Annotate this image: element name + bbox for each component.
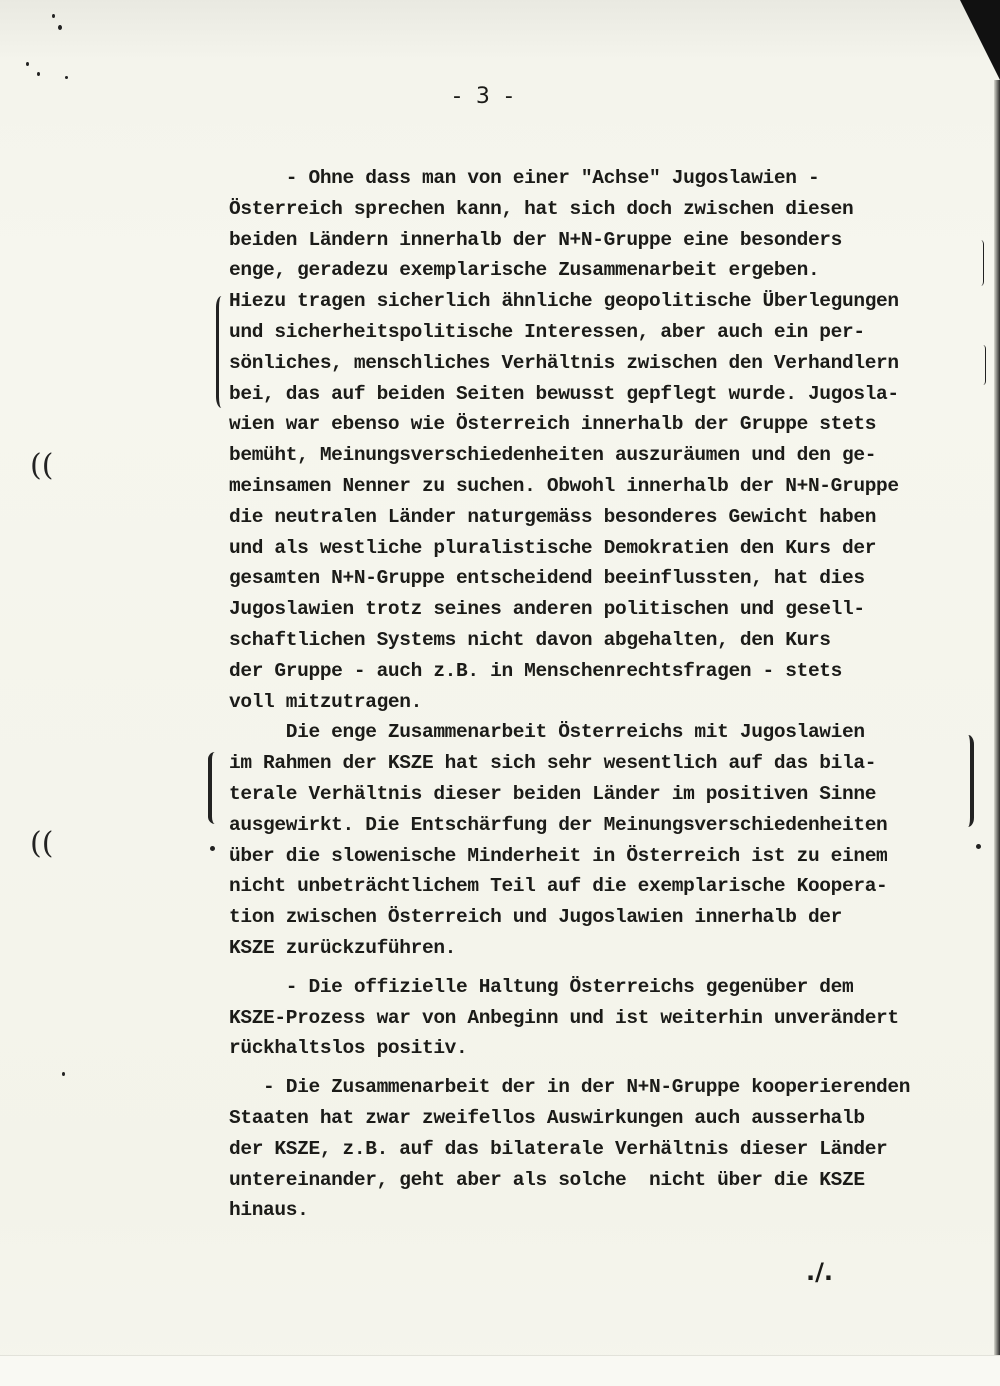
text-line: KSZE-Prozess war von Anbeginn und ist we… <box>229 1003 989 1034</box>
speck <box>26 62 29 66</box>
text-line: untereinander, geht aber als solche nich… <box>229 1165 989 1196</box>
text-line: der Gruppe - auch z.B. in Menschenrechts… <box>229 656 989 687</box>
margin-bracket-left-1 <box>216 296 227 408</box>
paragraph: - Die Zusammenarbeit der in der N+N-Grup… <box>229 1072 989 1226</box>
page-number: - 3 - <box>453 84 517 109</box>
text-line: rückhaltslos positiv. <box>229 1033 989 1064</box>
text-line: der KSZE, z.B. auf das bilaterale Verhäl… <box>229 1134 989 1165</box>
margin-mark-2: (( <box>30 826 53 861</box>
paragraph: Die enge Zusammenarbeit Österreichs mit … <box>229 717 989 963</box>
text-line: Staaten hat zwar zweifellos Auswirkungen… <box>229 1103 989 1134</box>
text-line: Hiezu tragen sicherlich ähnliche geopoli… <box>229 286 989 317</box>
text-line: - Die Zusammenarbeit der in der N+N-Grup… <box>229 1072 989 1103</box>
text-line: und sicherheitspolitische Interessen, ab… <box>229 317 989 348</box>
continuation-mark: ./. <box>806 1258 833 1286</box>
text-line: tion zwischen Österreich und Jugoslawien… <box>229 902 989 933</box>
text-line: terale Verhältnis dieser beiden Länder i… <box>229 779 989 810</box>
text-line: die neutralen Länder naturgemäss besonde… <box>229 502 989 533</box>
text-line: über die slowenische Minderheit in Öster… <box>229 841 989 872</box>
margin-dot-left <box>210 846 215 851</box>
document-body: - Ohne dass man von einer "Achse" Jugosl… <box>229 163 989 1226</box>
text-line: nicht unbeträchtlichem Teil auf die exem… <box>229 871 989 902</box>
text-line: ausgewirkt. Die Entschärfung der Meinung… <box>229 810 989 841</box>
text-line: KSZE zurückzuführen. <box>229 933 989 964</box>
text-line: sönliches, menschliches Verhältnis zwisc… <box>229 348 989 379</box>
text-line: meinsamen Nenner zu suchen. Obwohl inner… <box>229 471 989 502</box>
text-line: hinaus. <box>229 1195 989 1226</box>
speck <box>58 25 62 30</box>
text-line: und als westliche pluralistische Demokra… <box>229 533 989 564</box>
text-line: schaftlichen Systems nicht davon abgehal… <box>229 625 989 656</box>
text-line: gesamten N+N-Gruppe entscheidend beeinfl… <box>229 563 989 594</box>
text-line: bei, das auf beiden Seiten bewusst gepfl… <box>229 379 989 410</box>
text-line: Die enge Zusammenarbeit Österreichs mit … <box>229 717 989 748</box>
text-line: im Rahmen der KSZE hat sich sehr wesentl… <box>229 748 989 779</box>
text-line: - Ohne dass man von einer "Achse" Jugosl… <box>229 163 989 194</box>
paragraph: - Die offizielle Haltung Österreichs geg… <box>229 972 989 1064</box>
speck <box>62 1072 65 1076</box>
scan-bottom-band <box>0 1355 1000 1386</box>
speck <box>65 76 68 79</box>
margin-bracket-right-1 <box>978 240 984 286</box>
speck <box>52 14 55 18</box>
text-line: Österreich sprechen kann, hat sich doch … <box>229 194 989 225</box>
paragraph-gap <box>229 1064 989 1072</box>
document-page: - 3 - - Ohne dass man von einer "Achse" … <box>0 0 1000 1386</box>
scan-edge-shadow <box>994 80 1000 1380</box>
paragraph-gap <box>229 964 989 972</box>
text-line: enge, geradezu exemplarische Zusammenarb… <box>229 255 989 286</box>
margin-mark-1: (( <box>30 448 53 483</box>
text-line: beiden Ländern innerhalb der N+N-Gruppe … <box>229 225 989 256</box>
scan-corner-shadow <box>960 0 1000 80</box>
margin-bracket-right-3 <box>962 735 974 827</box>
text-line: wien war ebenso wie Österreich innerhalb… <box>229 409 989 440</box>
margin-dot-right <box>976 844 981 849</box>
speck <box>37 72 40 76</box>
paragraph: - Ohne dass man von einer "Achse" Jugosl… <box>229 163 989 717</box>
text-line: - Die offizielle Haltung Österreichs geg… <box>229 972 989 1003</box>
text-line: bemüht, Meinungsverschiedenheiten auszur… <box>229 440 989 471</box>
text-line: Jugoslawien trotz seines anderen politis… <box>229 594 989 625</box>
text-line: voll mitzutragen. <box>229 687 989 718</box>
margin-bracket-left-2 <box>208 752 222 824</box>
margin-bracket-right-2 <box>980 345 986 385</box>
